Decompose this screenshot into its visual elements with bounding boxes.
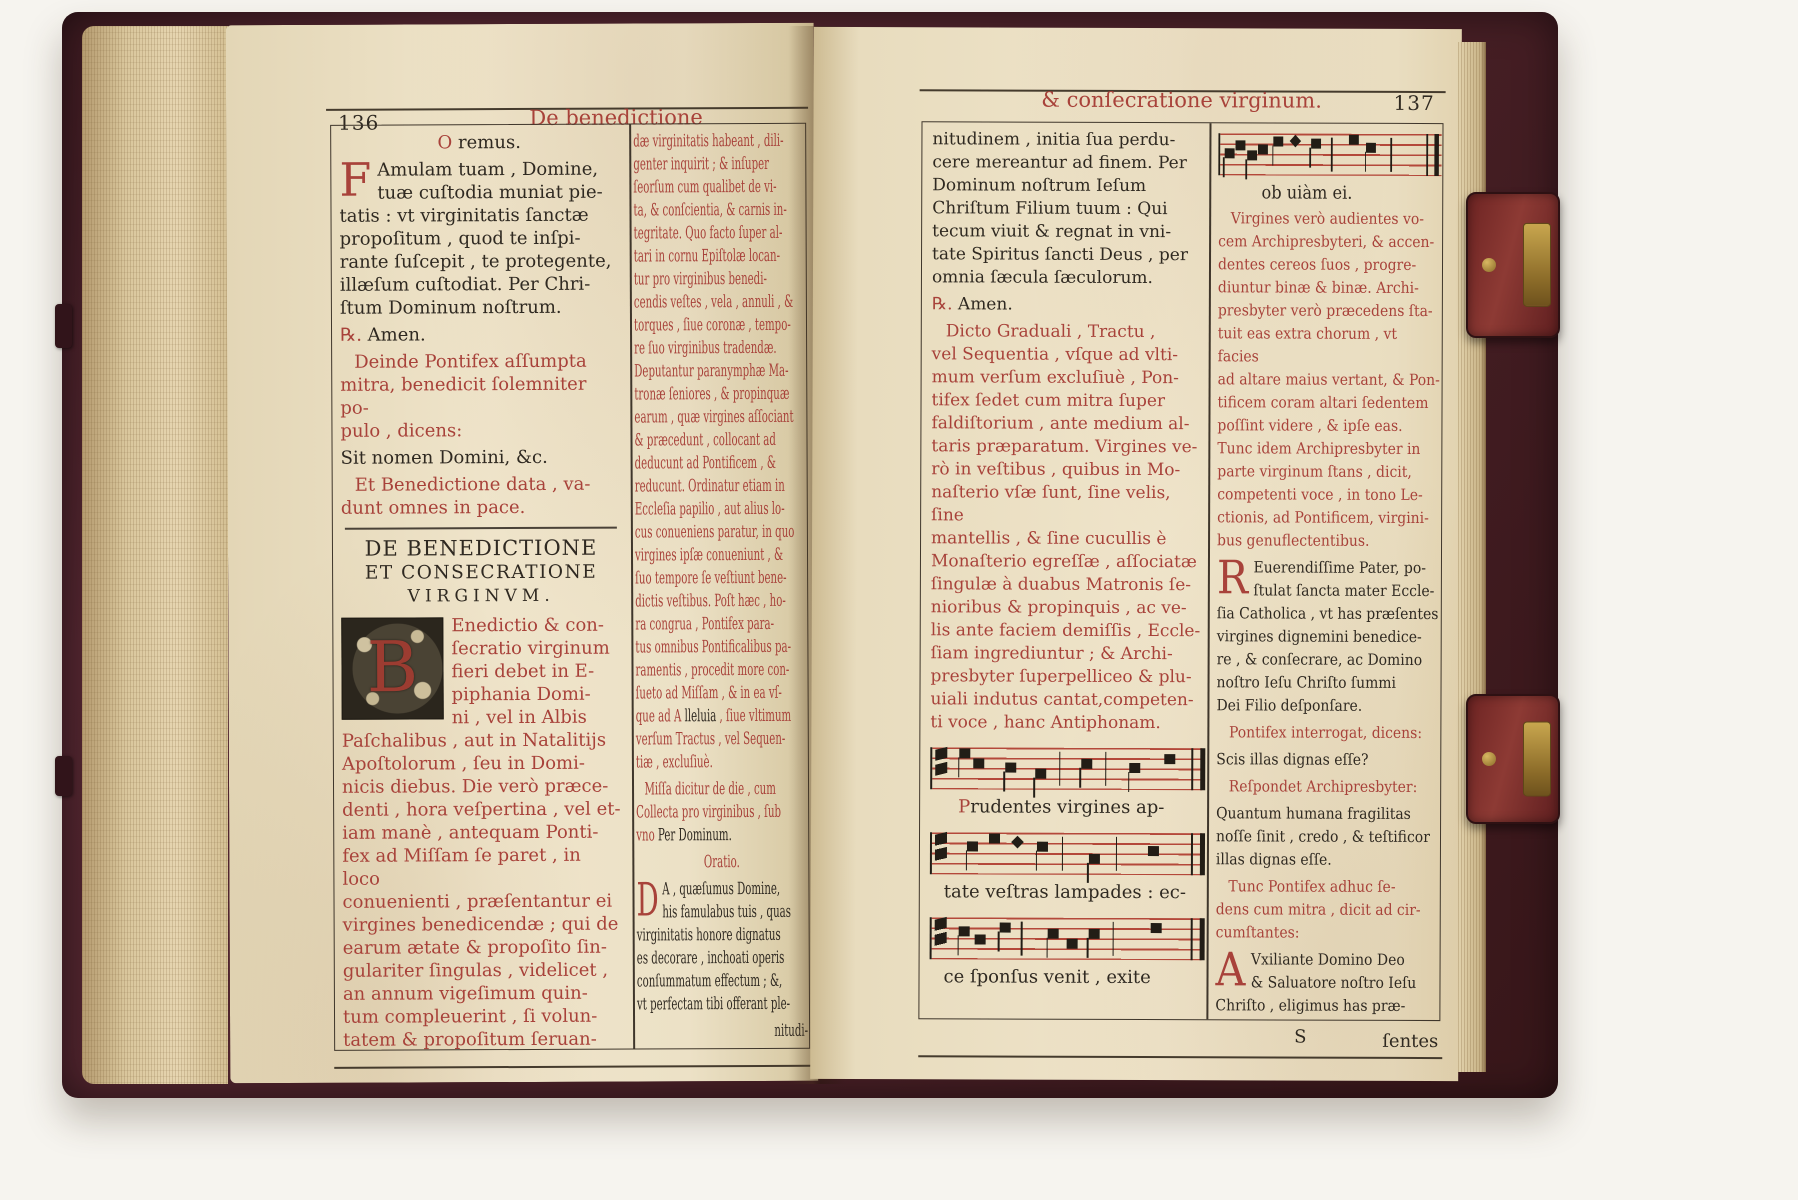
- chant-note: [1011, 836, 1024, 849]
- chant-note: [973, 758, 984, 768]
- running-header-right: & conſecratione virginum.: [982, 87, 1382, 112]
- column-divider: [1206, 123, 1211, 1019]
- question-scis-illas: Scis illas dignas eſſe?: [1216, 748, 1439, 772]
- section-title-line1: DE BENEDICTIONE: [341, 536, 621, 560]
- left-page-column-2: dæ virginitatis habeant , dili- genter i…: [633, 130, 808, 1048]
- staff-bar: [1426, 134, 1439, 176]
- drop-cap-F: F: [339, 159, 377, 200]
- right-page-column-1: nitudinem , initia ſua perdu- cere merea…: [929, 128, 1204, 992]
- response-sign-icon: ℞.: [932, 294, 953, 314]
- chant-note: [1366, 143, 1376, 153]
- chant-clef-icon: [935, 747, 947, 780]
- chant-lyric-1: Prudentes virgines ap-: [930, 794, 1202, 820]
- left-page-column-1: O remus. FAmulam tuam , Domine, tuæ cuſt…: [339, 131, 623, 1056]
- rubric-virgines-vero: Virgines verò audientes vo- cem Archipre…: [1217, 207, 1441, 553]
- drop-cap-D: D: [636, 878, 662, 919]
- page-136: 136 De benedictione O remus. FAmulam tua…: [226, 23, 819, 1084]
- chant-clef-icon: [935, 832, 947, 865]
- page-137: & conſecratione virginum. 137 nitudinem …: [810, 27, 1462, 1081]
- chant-note: [1089, 854, 1100, 864]
- chant-note: [1236, 140, 1246, 150]
- chant-note: [1150, 923, 1161, 933]
- chant-lyric-2: tate veſtras lampades : ec-: [930, 879, 1202, 905]
- chant-clef-icon: [934, 917, 946, 950]
- staff-bar: [1105, 752, 1107, 786]
- section-separator-rule: [345, 527, 617, 530]
- chant-note: [1088, 929, 1099, 939]
- chant-note: [1349, 135, 1359, 145]
- chant-note: [959, 926, 970, 936]
- clasp-buckle-icon: [1523, 721, 1551, 796]
- prayer-continuation: nitudinem , initia ſua perdu- cere merea…: [932, 128, 1205, 290]
- prayer-famulam: FAmulam tuam , Domine, tuæ cuſtodia muni…: [339, 158, 620, 320]
- page-foot-rule: [918, 1055, 1442, 1058]
- chant-note: [1129, 763, 1140, 773]
- chant-note: [1289, 135, 1300, 148]
- staff-bar: [1191, 833, 1205, 875]
- chant-note: [959, 748, 970, 758]
- chapter-rubric: BEnedictio & con- ſecratio virginum fier…: [341, 613, 623, 1051]
- rubric-preparations: dæ virginitatis habeant , dili- genter i…: [633, 130, 807, 775]
- clasp-stud-icon: [1482, 752, 1496, 766]
- staff-bar: [1331, 138, 1332, 172]
- staff-bar: [1112, 922, 1114, 956]
- clasp-catch-top: [55, 304, 72, 348]
- chant-lyric-4: ob uiàm ei.: [1218, 180, 1441, 206]
- answer-quantum-humana: Quantum humana fragilitas noſſe ſinit , …: [1216, 802, 1439, 872]
- staff-bar: [1115, 837, 1117, 871]
- rubric-dicto-graduali: Dicto Graduali , Tractu , vel Sequentia …: [930, 320, 1203, 735]
- chant-note: [1164, 754, 1175, 764]
- chant-note: [1148, 846, 1159, 856]
- chant-staff-1: [930, 747, 1202, 790]
- chant-lyric-3: ce ſponſus venit , exite: [929, 964, 1201, 990]
- rubricated-initial-P: P: [958, 796, 970, 817]
- left-page-edges: [82, 26, 228, 1084]
- rubric-missa: Miſſa dicitur de die , cum Collecta pro …: [636, 778, 807, 848]
- response-amen: ℞. Amen.: [340, 323, 620, 347]
- right-page-column-2: ob uiàm ei. Virgines verò audientes vo- …: [1215, 129, 1441, 1022]
- staff-bar: [1391, 138, 1392, 172]
- book-clasp-bottom: [1466, 694, 1560, 824]
- staff-bar: [1191, 748, 1205, 790]
- photo-background: 136 De benedictione O remus. FAmulam tua…: [0, 0, 1798, 1200]
- staff-bar: [1191, 918, 1205, 960]
- staff-bar: [1061, 837, 1063, 871]
- chant-note: [1037, 842, 1048, 852]
- staff-bar: [1021, 922, 1023, 956]
- chant-note: [1258, 144, 1268, 154]
- page-foot-rule: [334, 1065, 814, 1069]
- rubric-pontifex-interrogat: Pontifex interrogat, dicens:: [1216, 721, 1439, 745]
- chant-staff-2: [930, 832, 1202, 875]
- response-amen: ℞. Amen.: [932, 293, 1204, 317]
- clasp-buckle-icon: [1523, 223, 1551, 307]
- staff-bar: [1059, 752, 1061, 786]
- drop-cap-R: R: [1217, 556, 1254, 597]
- chant-staff-4: [1218, 133, 1441, 176]
- page-number-right: 137: [1394, 91, 1435, 115]
- postulation-reverendissime: REuerendiſſime Pater, po- ſtulat ſancta …: [1216, 556, 1440, 718]
- text-frame-left: O remus. FAmulam tuam , Domine, tuæ cuſt…: [330, 123, 810, 1051]
- rubricated-initial-O: O: [437, 132, 452, 153]
- rubricated-initial-A-alleluia: A: [674, 706, 681, 726]
- chant-note: [1081, 759, 1092, 769]
- chant-note: [1225, 148, 1235, 158]
- chant-note: [1005, 763, 1016, 773]
- chant-note: [1035, 769, 1046, 779]
- chant-staff-3: [930, 917, 1202, 960]
- chant-note: [1247, 150, 1257, 160]
- chant-note: [1048, 929, 1059, 939]
- chant-note: [999, 923, 1010, 933]
- versicle-sit-nomen: Sit nomen Domini, &c.: [341, 446, 621, 470]
- book-clasp-top: [1466, 192, 1560, 338]
- rubric-et-benedictione: Et Benedictione data , va- dunt omnes in…: [341, 473, 621, 520]
- text-frame-right: nitudinem , initia ſua perdu- cere merea…: [918, 121, 1443, 1021]
- drop-cap-A: A: [1215, 948, 1250, 989]
- chant-note: [1311, 139, 1321, 149]
- chant-note: [1273, 136, 1283, 146]
- chant-note: [975, 934, 986, 944]
- response-sign-icon: ℞.: [340, 325, 362, 346]
- catchword-right: ſentes: [1310, 1031, 1438, 1052]
- clasp-stud-icon: [1482, 258, 1496, 272]
- clasp-catch-bottom: [55, 756, 72, 796]
- book-binding: 136 De benedictione O remus. FAmulam tua…: [62, 12, 1558, 1098]
- prayer-da-quaesumus: DA , quæſumus Domine, his famulabus tuis…: [636, 878, 808, 1017]
- chant-note: [989, 833, 1000, 843]
- election-auxiliante: AVxiliante Domino Deo & Saluatore noſtro…: [1215, 948, 1438, 1018]
- section-title-line3: VIRGINVM.: [341, 584, 621, 608]
- section-title-line2: ET CONSECRATIONE: [341, 560, 621, 584]
- chant-note: [1067, 939, 1078, 949]
- oratio-label: Oratio.: [636, 851, 807, 875]
- rubric-respondet: Reſpondet Archipresbyter:: [1216, 775, 1439, 799]
- chant-note: [967, 841, 978, 851]
- woodcut-initial-B: B: [341, 617, 443, 719]
- oremus-heading: O remus.: [339, 131, 619, 155]
- catchword-left: nitudi-: [637, 1020, 808, 1044]
- rubric-deinde: Deinde Pontifex aſſumpta mitra, benedici…: [340, 350, 620, 443]
- rubric-tunc-pontifex: Tunc Pontifex adhuc ſe- dens cum mitra ,…: [1216, 875, 1439, 945]
